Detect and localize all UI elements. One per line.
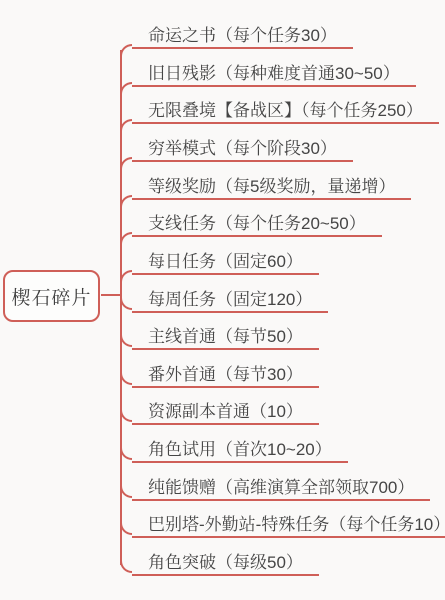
branch-label: 无限叠境【备战区】（每个任务250） (148, 102, 423, 119)
root-topic-label: 楔石碎片 (11, 283, 91, 310)
branch-label: 等级奖励（每5级奖励，量递增） (148, 178, 395, 195)
branch-topic[interactable]: 命运之书（每个任务30） (132, 18, 353, 49)
branch-topic[interactable]: 巴别塔-外勤站-特殊任务（每个任务10） (132, 507, 445, 538)
branch-topic[interactable]: 主线首通（每节50） (132, 319, 319, 350)
branch-topic[interactable]: 番外首通（每节30） (132, 357, 319, 388)
branch-label: 旧日残影（每种难度首通30~50） (148, 65, 400, 82)
branch-topic[interactable]: 支线任务（每个任务20~50） (132, 206, 382, 237)
branch-topic[interactable]: 每日任务（固定60） (132, 244, 319, 275)
branch-label: 每周任务（固定120） (148, 291, 312, 308)
branch-label: 角色突破（每级50） (148, 554, 303, 571)
branch-label: 每日任务（固定60） (148, 253, 303, 270)
branch-topic[interactable]: 无限叠境【备战区】（每个任务250） (132, 93, 439, 124)
branch-topic[interactable]: 角色突破（每级50） (132, 545, 319, 576)
root-connector-line (101, 294, 121, 296)
branch-topic[interactable]: 穷举模式（每个阶段30） (132, 131, 353, 162)
branch-label: 巴别塔-外勤站-特殊任务（每个任务10） (148, 516, 445, 533)
branch-label: 番外首通（每节30） (148, 366, 303, 383)
branch-label: 纯能馈赠（高维演算全部领取700） (148, 479, 414, 496)
branch-connector-curve (120, 561, 132, 573)
branch-label: 主线首通（每节50） (148, 328, 303, 345)
branch-label: 资源副本首通（10） (148, 403, 303, 420)
branch-topic[interactable]: 旧日残影（每种难度首通30~50） (132, 56, 416, 87)
branch-label: 支线任务（每个任务20~50） (148, 215, 366, 232)
branch-topic[interactable]: 等级奖励（每5级奖励，量递增） (132, 169, 411, 200)
mindmap-canvas: 楔石碎片 命运之书（每个任务30） 旧日残影（每种难度首通30~50） 无限叠境… (0, 0, 445, 600)
branch-topic[interactable]: 每周任务（固定120） (132, 282, 328, 313)
branch-connector-curve (120, 44, 132, 56)
branch-label: 命运之书（每个任务30） (148, 27, 337, 44)
branch-topic[interactable]: 纯能馈赠（高维演算全部领取700） (132, 470, 430, 501)
root-topic[interactable]: 楔石碎片 (3, 270, 100, 322)
branch-topic[interactable]: 角色试用（首次10~20） (132, 432, 348, 463)
branch-label: 角色试用（首次10~20） (148, 441, 332, 458)
branch-label: 穷举模式（每个阶段30） (148, 140, 337, 157)
branch-topic[interactable]: 资源副本首通（10） (132, 394, 319, 425)
